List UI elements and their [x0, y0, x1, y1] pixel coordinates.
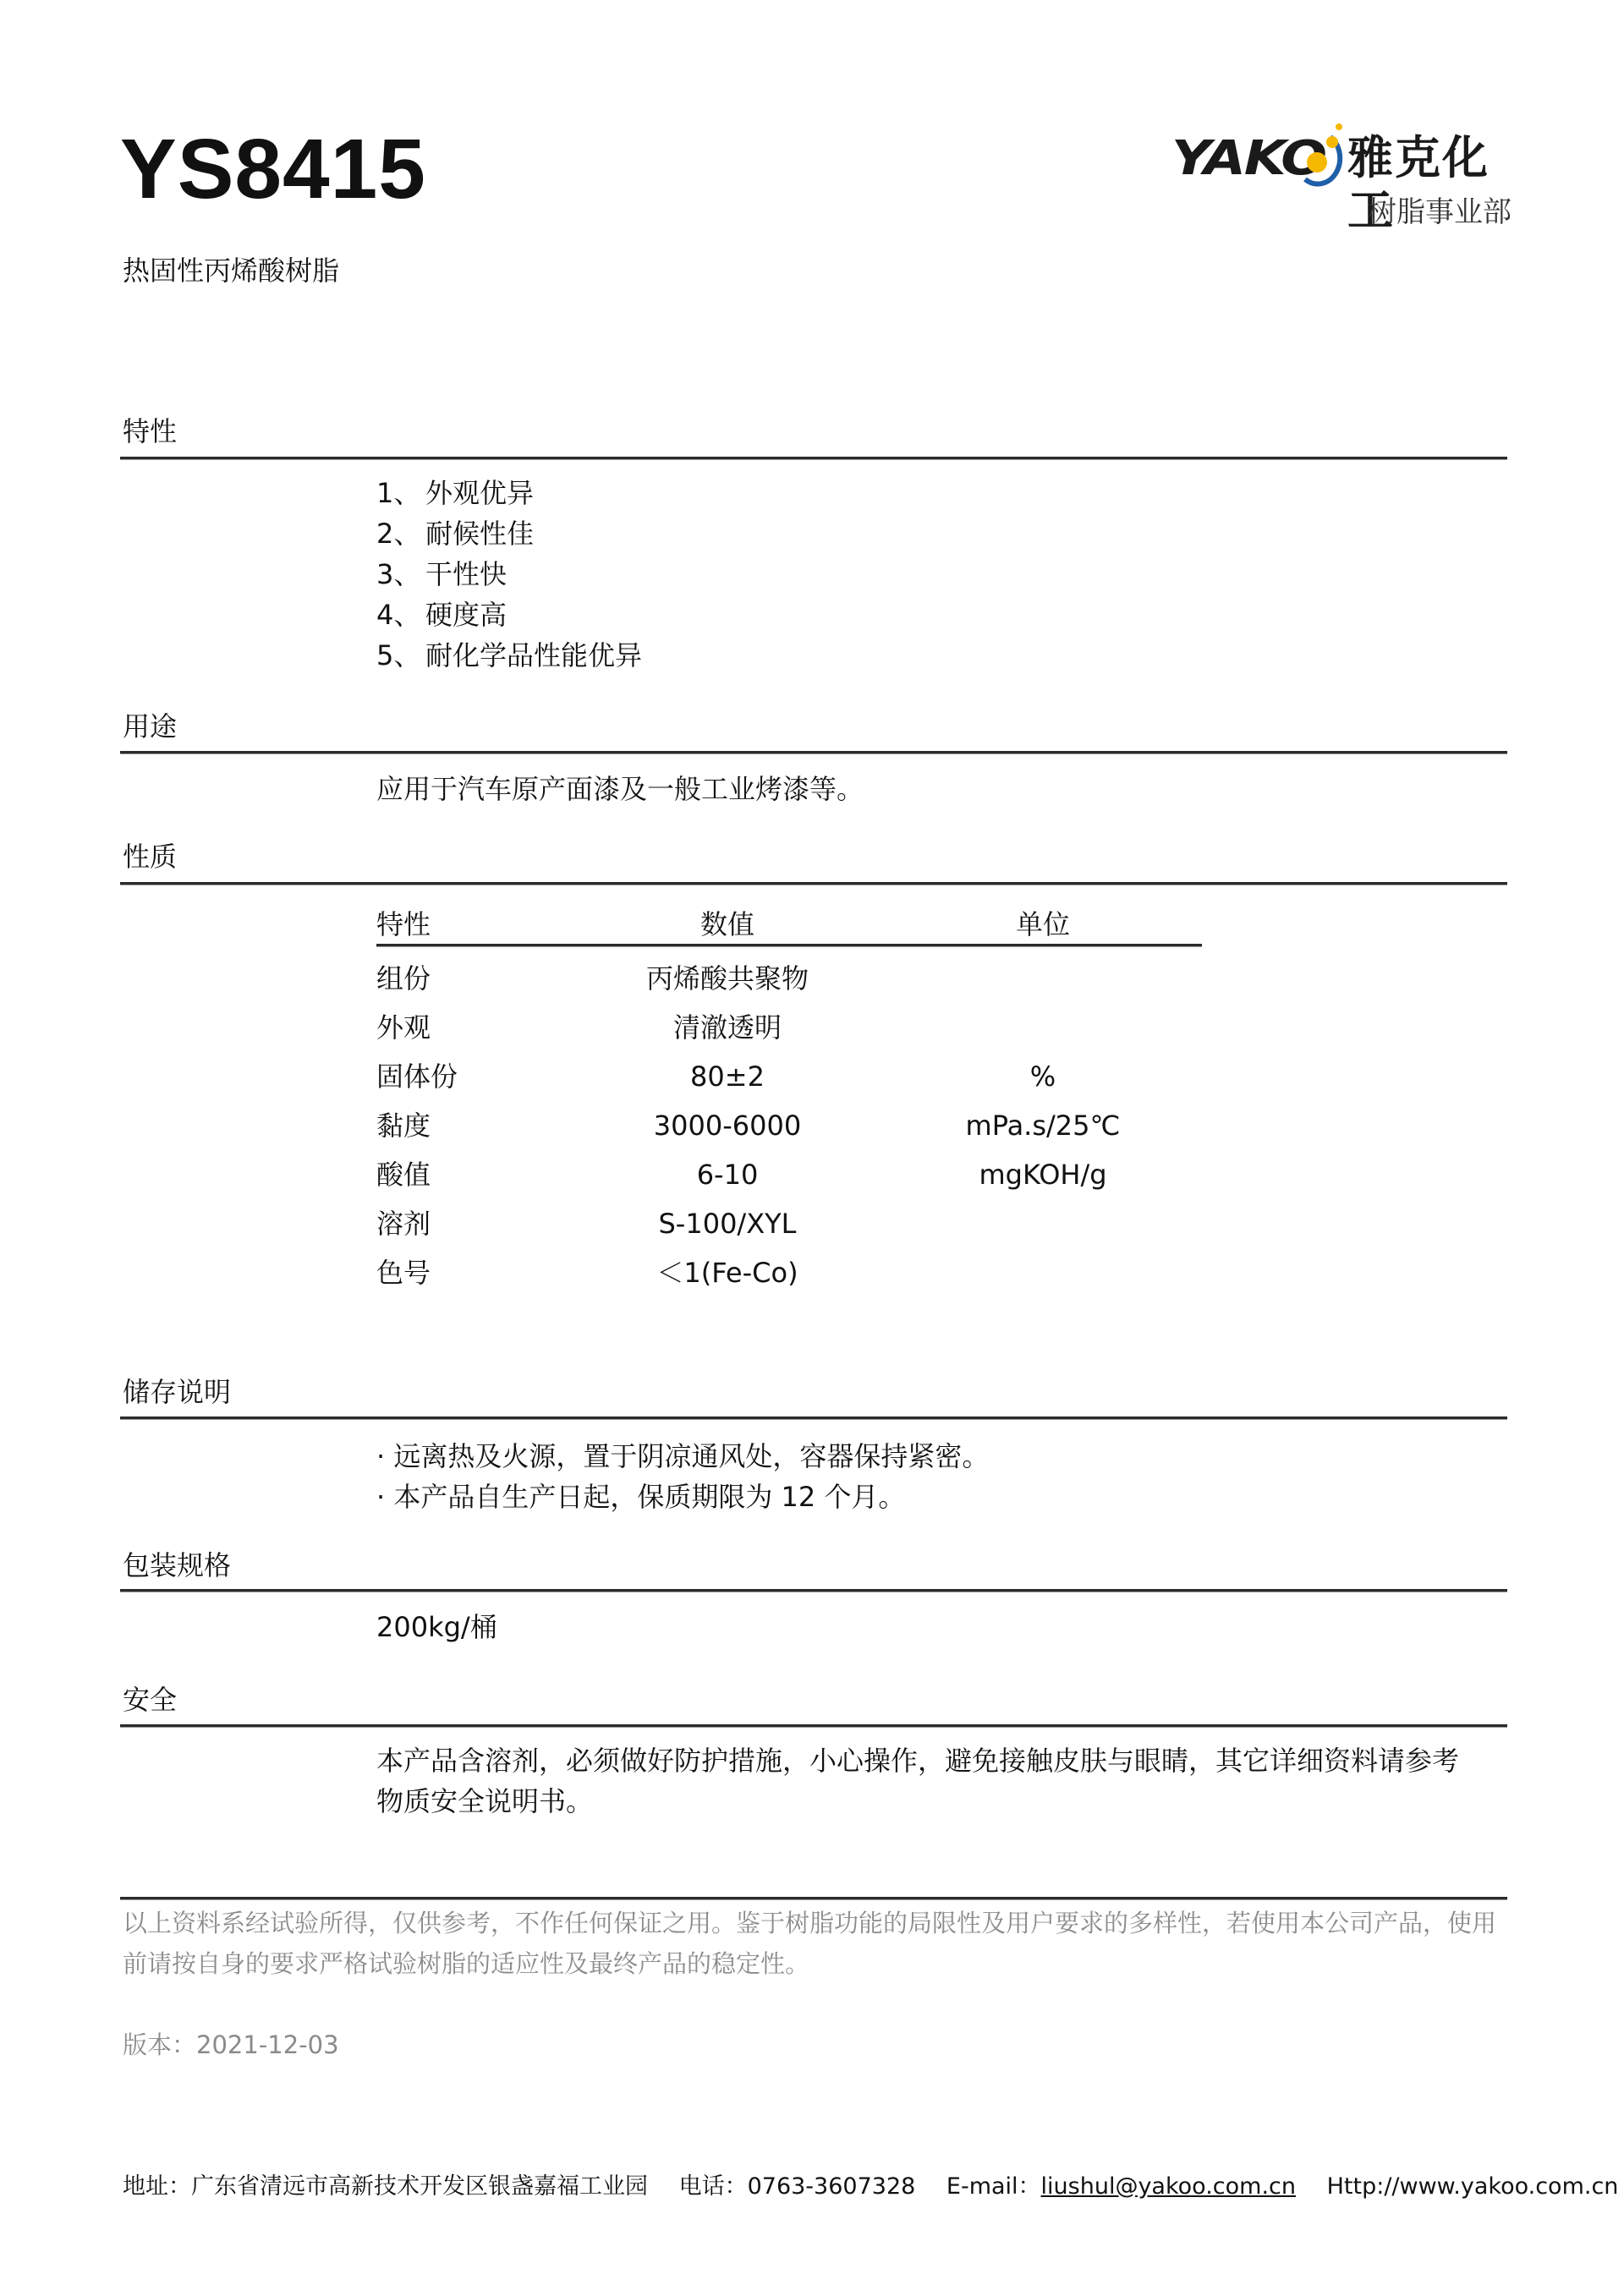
- product-code: YS8415: [120, 118, 426, 220]
- storage-item: · 远离热及火源，置于阴凉通风处，容器保持紧密。: [376, 1436, 989, 1477]
- section-title-properties: 性质: [123, 840, 177, 874]
- table-row: 固体份80±2%: [376, 1052, 1202, 1101]
- table-row: 溶剂S-100/XYL: [376, 1199, 1202, 1248]
- section-title-storage: 储存说明: [123, 1375, 231, 1409]
- table-row: 组份丙烯酸共聚物: [376, 954, 1202, 1003]
- disclaimer-divider: [120, 1897, 1507, 1900]
- table-divider: [376, 944, 1202, 947]
- footer-address: 地址：广东省清远市高新技术开发区银盏嘉福工业园: [123, 2173, 648, 2200]
- section-divider: [120, 457, 1507, 460]
- safety-text: 本产品含溶剂，必须做好防护措施，小心操作，避免接触皮肤与眼睛，其它详细资料请参考…: [376, 1740, 1459, 1822]
- footer-contact: 地址：广东省清远市高新技术开发区银盏嘉福工业园 电话：0763-3607328 …: [123, 2170, 1624, 2204]
- properties-table: 特性 数值 单位 组份丙烯酸共聚物 外观清澈透明 固体份80±2% 黏度3000…: [376, 905, 1202, 1297]
- table-header: 特性 数值 单位: [376, 905, 1202, 944]
- footer-email-link[interactable]: liushul@yakoo.com.cn: [1041, 2173, 1296, 2200]
- version-label: 版本：2021-12-03: [123, 2028, 339, 2062]
- disclaimer-text: 以上资料系经试验所得，仅供参考，不作任何保证之用。鉴于树脂功能的局限性及用户要求…: [123, 1903, 1510, 1984]
- section-divider: [120, 1589, 1507, 1592]
- section-divider: [120, 1724, 1507, 1728]
- section-title-usage: 用途: [123, 710, 177, 743]
- section-divider: [120, 1417, 1507, 1420]
- section-title-safety: 安全: [123, 1683, 177, 1717]
- table-row: 黏度3000-6000mPa.s/25℃: [376, 1101, 1202, 1150]
- section-divider: [120, 751, 1507, 754]
- section-title-packaging: 包装规格: [123, 1548, 231, 1582]
- company-logo: YAKO 雅克化工: [1171, 118, 1527, 195]
- section-title-features: 特性: [123, 414, 177, 448]
- packaging-text: 200kg/桶: [376, 1607, 497, 1647]
- feature-item: 1、外观优异: [376, 473, 642, 513]
- storage-item: · 本产品自生产日起，保质期限为 12 个月。: [376, 1477, 989, 1517]
- table-row: 酸值6-10mgKOH/g: [376, 1150, 1202, 1199]
- footer-phone: 电话：0763-3607328: [679, 2173, 916, 2200]
- footer-website[interactable]: Http://www.yakoo.com.cn: [1327, 2173, 1619, 2200]
- feature-item: 4、硬度高: [376, 595, 642, 635]
- feature-item: 5、耐化学品性能优异: [376, 635, 642, 676]
- footer-email-label: E-mail：: [946, 2173, 1041, 2200]
- features-list: 1、外观优异 2、耐候性佳 3、干性快 4、硬度高 5、耐化学品性能优异: [376, 473, 642, 676]
- storage-list: · 远离热及火源，置于阴凉通风处，容器保持紧密。 · 本产品自生产日起，保质期限…: [376, 1436, 989, 1517]
- section-divider: [120, 882, 1507, 885]
- logo-orbit-icon: [1298, 118, 1349, 195]
- feature-item: 2、耐候性佳: [376, 513, 642, 554]
- usage-text: 应用于汽车原产面漆及一般工业烤漆等。: [376, 769, 864, 809]
- table-row: 外观清澈透明: [376, 1003, 1202, 1052]
- product-name: 热固性丙烯酸树脂: [123, 252, 339, 289]
- feature-item: 3、干性快: [376, 554, 642, 595]
- department-name: 树脂事业部: [1368, 193, 1512, 232]
- table-row: 色号＜1(Fe-Co): [376, 1248, 1202, 1297]
